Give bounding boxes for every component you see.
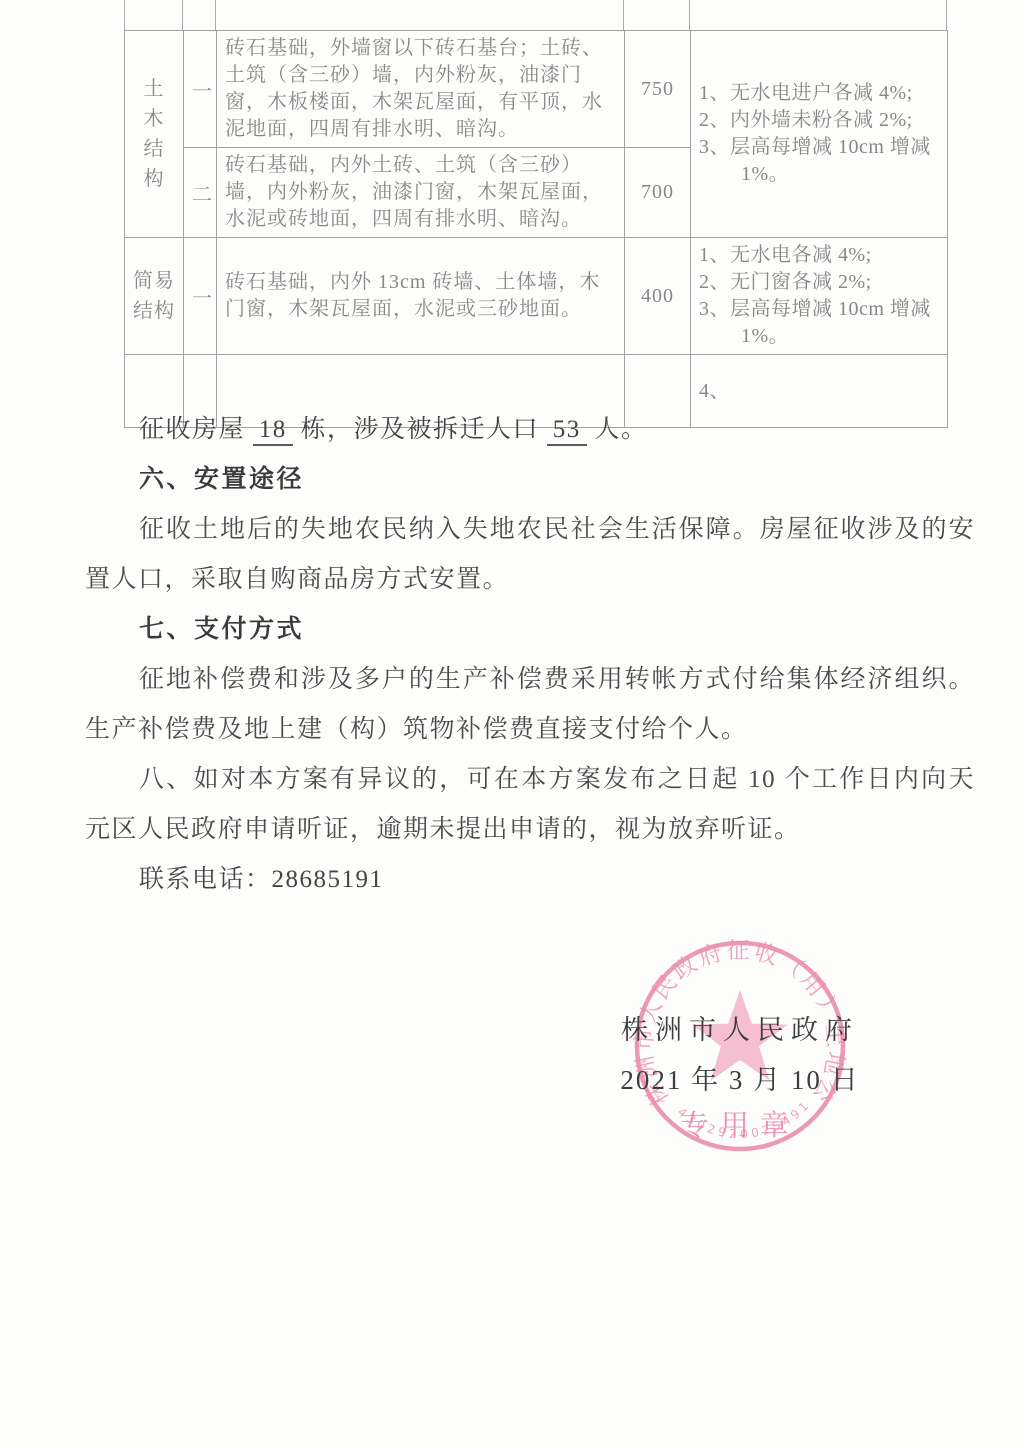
- houses-count: 18: [253, 416, 293, 446]
- price-cell: 750: [625, 31, 691, 148]
- intro-mid: 栋，涉及被拆迁人口: [301, 416, 540, 443]
- official-seal: 株洲市人民政府征收（用）土地公告 专用章 4302920025491 株洲市人民…: [600, 930, 880, 1180]
- table-row: 简易 结构 一 砖石基础，内外 13cm 砖墙、土体墙，木门窗，木架瓦屋面，水泥…: [125, 238, 948, 355]
- table-gridline-stub: [946, 0, 947, 30]
- structure-type-cell: 土 木 结 构: [125, 31, 184, 238]
- signing-date: 2021 年 3 月 10 日: [600, 1058, 880, 1097]
- contact-phone-line: 联系电话：28685191: [85, 855, 975, 905]
- signing-authority: 株洲市人民政府: [600, 1008, 880, 1047]
- class-number-cell: 一: [184, 238, 217, 355]
- document-body: 征收房屋 18 栋，涉及被拆迁人口 53 人。 六、安置途径 征收土地后的失地农…: [85, 405, 975, 905]
- intro-prefix: 征收房屋: [139, 416, 245, 443]
- table-gridline-stub: [182, 0, 183, 30]
- remark-line: 3、层高每增减 10cm 增减 1%。: [699, 296, 939, 350]
- remark-line: 1、无水电各减 4%;: [699, 242, 939, 269]
- remark-line: 1、无水电进户各减 4%;: [699, 80, 939, 107]
- people-count: 53: [547, 416, 587, 446]
- remark-line: 3、层高每增减 10cm 增减 1%。: [699, 134, 939, 188]
- price-cell: 400: [625, 238, 691, 355]
- structure-type-cell: 简易 结构: [125, 238, 184, 355]
- section-paragraph-eight: 八、如对本方案有异议的，可在本方案发布之日起 10 个工作日内向天元区人民政府申…: [85, 755, 975, 855]
- price-cell: 700: [625, 148, 691, 238]
- seal-stamp-graphic: 株洲市人民政府征收（用）土地公告 专用章 4302920025491: [628, 935, 853, 1160]
- section-paragraph-six: 征收土地后的失地农民纳入失地农民社会生活保障。房屋征收涉及的安置人口，采取自购商…: [85, 505, 975, 605]
- class-number-cell: 一: [184, 31, 217, 148]
- intro-line: 征收房屋 18 栋，涉及被拆迁人口 53 人。: [85, 405, 975, 455]
- table-gridline-stub: [623, 0, 624, 30]
- remark-cell: 1、无水电进户各减 4%; 2、内外墙未粉各减 2%; 3、层高每增减 10cm…: [691, 31, 948, 238]
- table-gridline-stub: [124, 0, 125, 30]
- section-paragraph-seven: 征地补偿费和涉及多户的生产补偿费采用转帐方式付给集体经济组织。生产补偿费及地上建…: [85, 655, 975, 755]
- table-gridline-stub: [689, 0, 690, 30]
- remark-line: 4、: [699, 378, 939, 405]
- class-number-cell: 二: [184, 148, 217, 238]
- table-row: 土 木 结 构 一 砖石基础，外墙窗以下砖石基台；土砖、土筑（含三砂）墙，内外粉…: [125, 31, 948, 148]
- table-gridline-stub: [215, 0, 216, 30]
- remark-cell: 1、无水电各减 4%; 2、无门窗各减 2%; 3、层高每增减 10cm 增减 …: [691, 238, 948, 355]
- compensation-table: 土 木 结 构 一 砖石基础，外墙窗以下砖石基台；土砖、土筑（含三砂）墙，内外粉…: [124, 30, 948, 428]
- section-heading-six: 六、安置途径: [85, 455, 975, 505]
- intro-suffix: 人。: [595, 416, 648, 443]
- description-cell: 砖石基础，内外 13cm 砖墙、土体墙，木门窗，木架瓦屋面，水泥或三砂地面。: [217, 238, 625, 355]
- description-cell: 砖石基础，外墙窗以下砖石基台；土砖、土筑（含三砂）墙，内外粉灰，油漆门窗，木板楼…: [217, 31, 625, 148]
- description-cell: 砖石基础，内外土砖、土筑（含三砂）墙，内外粉灰，油漆门窗，木架瓦屋面，水泥或砖地…: [217, 148, 625, 238]
- section-heading-seven: 七、支付方式: [85, 605, 975, 655]
- remark-line: 2、无门窗各减 2%;: [699, 269, 939, 296]
- compensation-table-container: 土 木 结 构 一 砖石基础，外墙窗以下砖石基台；土砖、土筑（含三砂）墙，内外粉…: [124, 30, 948, 428]
- remark-line: 2、内外墙未粉各减 2%;: [699, 107, 939, 134]
